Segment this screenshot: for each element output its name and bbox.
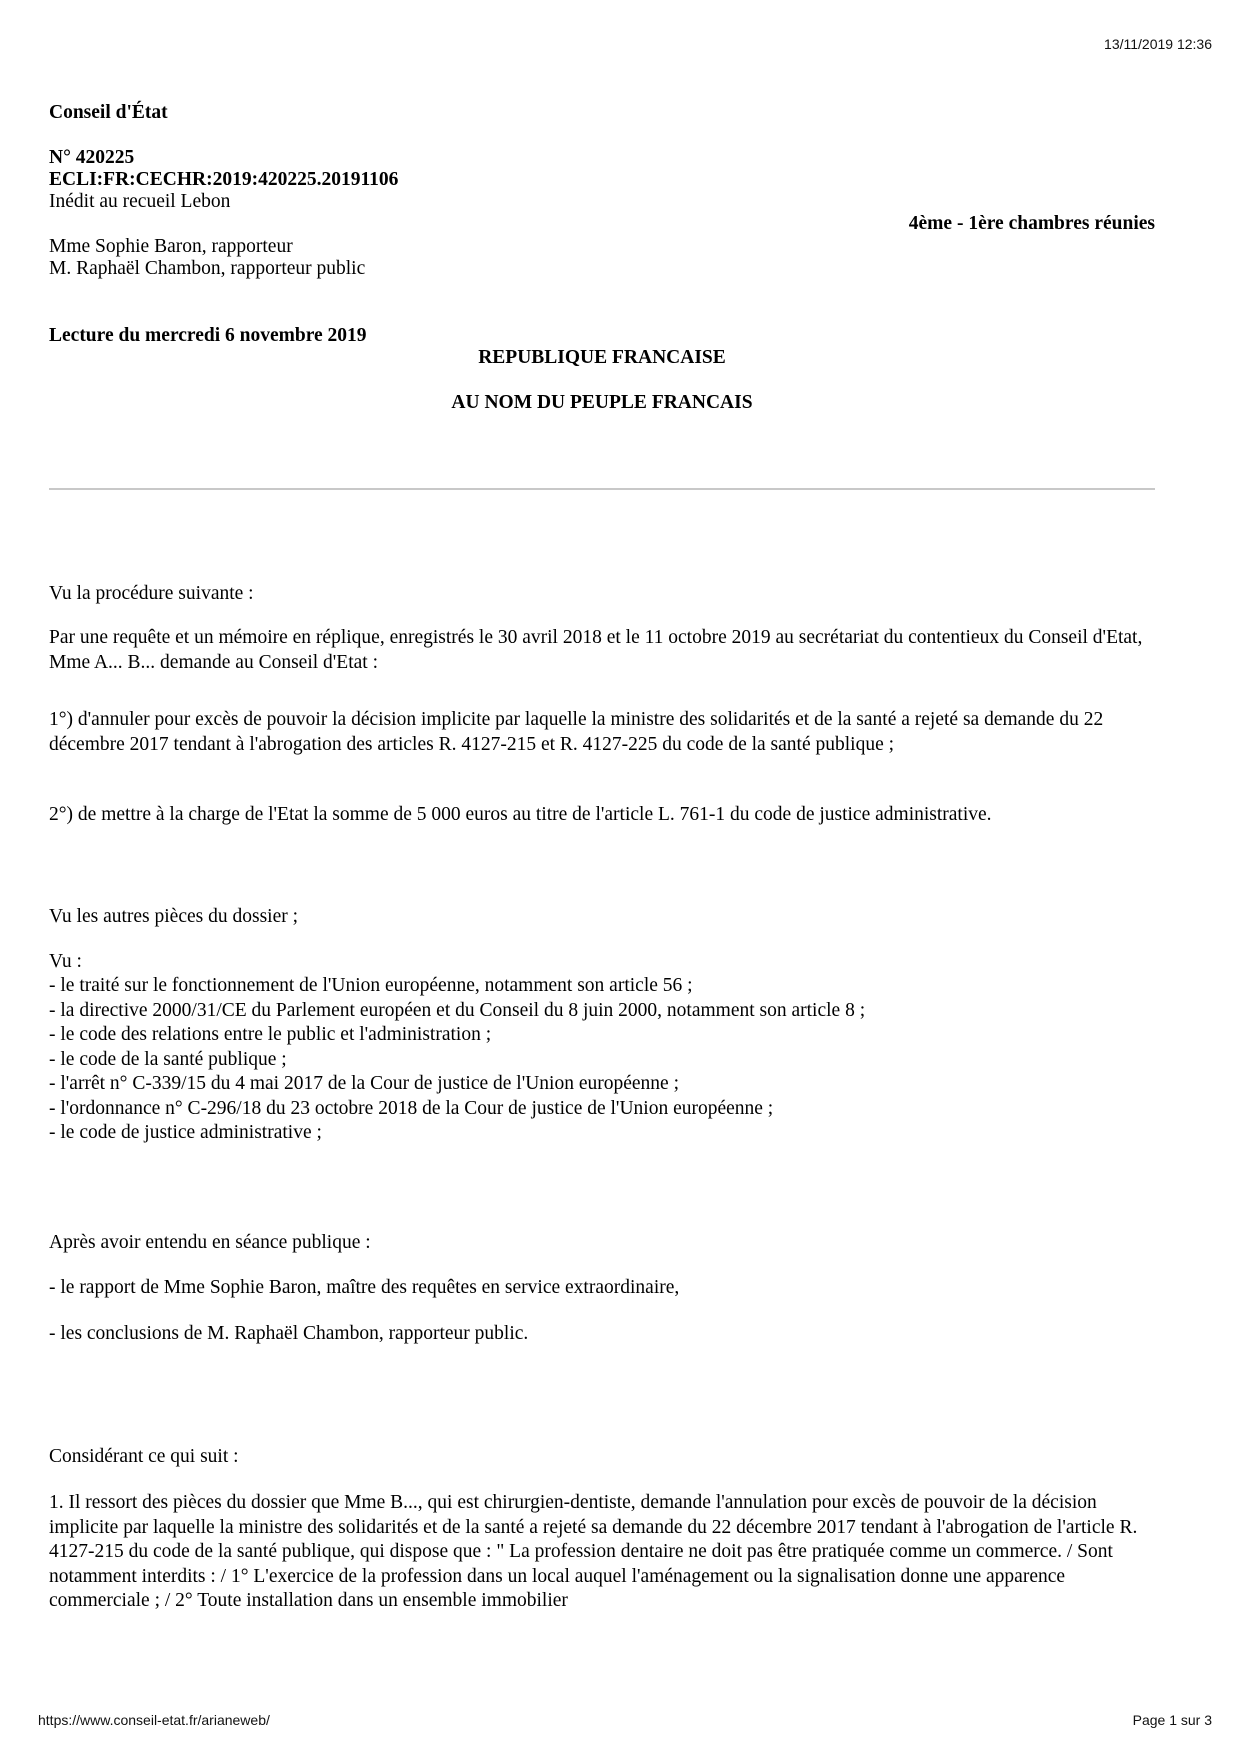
publication-status: Inédit au recueil Lebon <box>49 190 230 215</box>
chambers: 4ème - 1ère chambres réunies <box>909 212 1155 237</box>
court-name: Conseil d'État <box>49 101 168 126</box>
reading-date: Lecture du mercredi 6 novembre 2019 <box>49 324 367 349</box>
vu-item: - le code de la santé publique ; <box>49 1048 1155 1073</box>
header-divider <box>49 488 1155 490</box>
vu-item: - le traité sur le fonctionnement de l'U… <box>49 974 1155 999</box>
paragraph-1: 1. Il ressort des pièces du dossier que … <box>49 1491 1155 1614</box>
vu-item: - l'ordonnance n° C-296/18 du 23 octobre… <box>49 1097 1155 1122</box>
other-documents: Vu les autres pièces du dossier ; <box>49 905 298 930</box>
claim-1: 1°) d'annuler pour excès de pouvoir la d… <box>49 708 1155 757</box>
footer-url: https://www.conseil-etat.fr/arianeweb/ <box>38 1712 270 1728</box>
claim-2: 2°) de mettre à la charge de l'Etat la s… <box>49 803 1155 828</box>
vu-item: - le code des relations entre le public … <box>49 1023 1155 1048</box>
vu-item: - l'arrêt n° C-339/15 du 4 mai 2017 de l… <box>49 1072 1155 1097</box>
page-number: Page 1 sur 3 <box>1133 1712 1212 1728</box>
vu-list: - le traité sur le fonctionnement de l'U… <box>49 974 1155 1146</box>
vu-item: - le code de justice administrative ; <box>49 1121 1155 1146</box>
ecli-identifier: ECLI:FR:CECHR:2019:420225.20191106 <box>49 168 398 193</box>
hearing-report: - le rapport de Mme Sophie Baron, maître… <box>49 1276 679 1301</box>
print-datetime: 13/11/2019 12:36 <box>1104 36 1212 52</box>
vu-item: - la directive 2000/31/CE du Parlement e… <box>49 999 1155 1024</box>
hearing-intro: Après avoir entendu en séance publique : <box>49 1231 371 1256</box>
republic-heading: REPUBLIQUE FRANCAISE <box>49 346 1155 371</box>
request-paragraph: Par une requête et un mémoire en répliqu… <box>49 626 1155 675</box>
people-heading: AU NOM DU PEUPLE FRANCAIS <box>49 391 1155 416</box>
vu-label: Vu : <box>49 950 82 975</box>
case-number: N° 420225 <box>49 146 134 171</box>
rapporteur-public: M. Raphaël Chambon, rapporteur public <box>49 257 365 282</box>
hearing-conclusions: - les conclusions de M. Raphaël Chambon,… <box>49 1322 528 1347</box>
rapporteur: Mme Sophie Baron, rapporteur <box>49 235 293 260</box>
considering-intro: Considérant ce qui suit : <box>49 1445 239 1470</box>
procedure-intro: Vu la procédure suivante : <box>49 582 254 607</box>
